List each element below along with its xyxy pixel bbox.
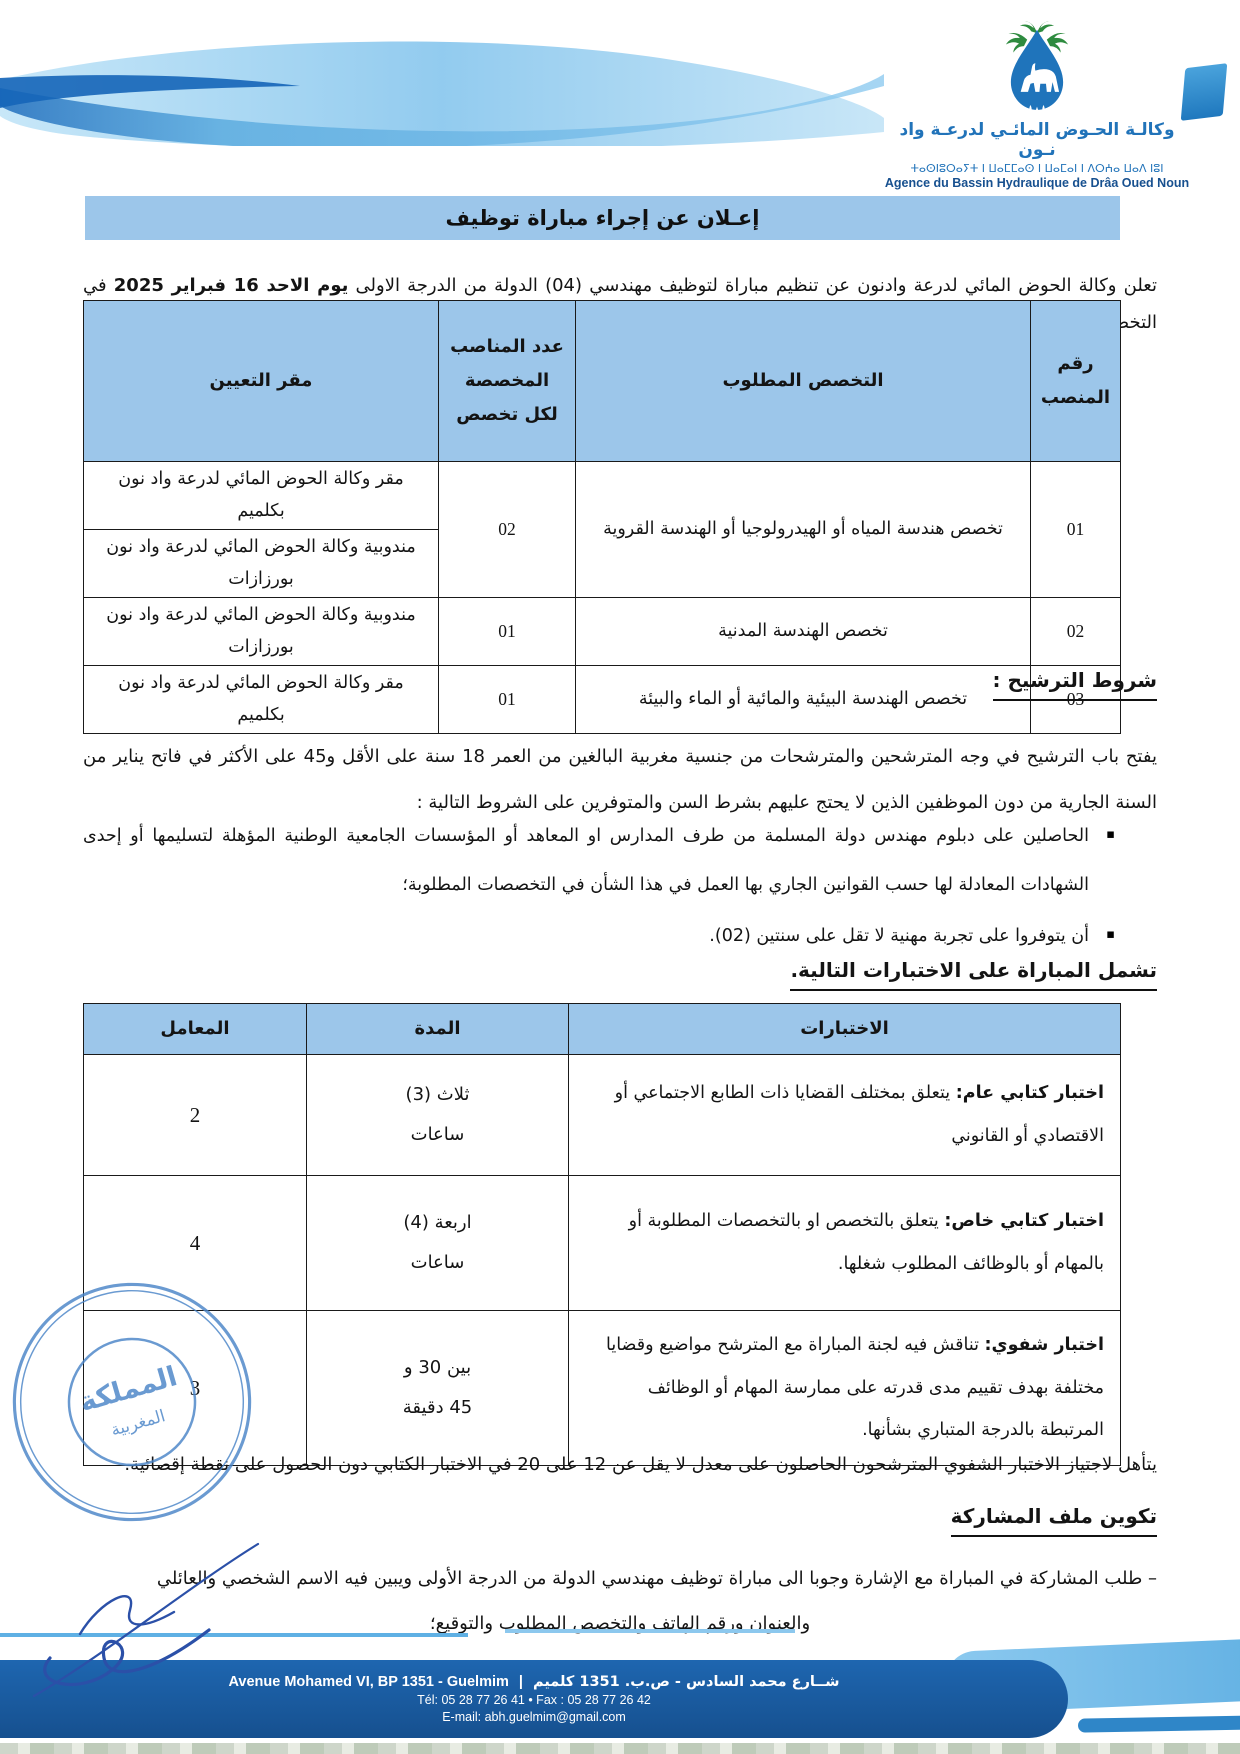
footer-thin-line-mid (505, 1629, 795, 1633)
col-header-specialty: التخصص المطلوب (576, 301, 1031, 462)
table-row-position-01a: 01 تخصص هندسة المياه أو الهيدرولوجيا أو … (84, 462, 1121, 530)
footer-address-line: Avenue Mohamed VI, BP 1351 - Guelmim | ش… (228, 1674, 839, 1690)
cell-count: 02 (439, 462, 576, 598)
col-header-position-number: رقم المنصب (1031, 301, 1121, 462)
condition-bullet-2: ▪ أن يتوفروا على تجربة مهنية لا تقل على … (83, 912, 1123, 961)
square-bullet-icon: ▪ (1106, 928, 1115, 941)
intro-date-bold: يوم الاحد 16 فبراير 2025 (114, 275, 349, 296)
cell-duration: ثلاث (3) ساعات (307, 1055, 569, 1176)
exams-table-header-row: الاختبارات المدة المعامل (84, 1004, 1121, 1055)
cell-test-description: اختبار كتابي خاص: يتعلق بالتخصص او بالتخ… (569, 1176, 1121, 1311)
footer-tel-fax: Tél: 05 28 77 26 41 • Fax : 05 28 77 26 … (417, 1693, 651, 1707)
conditions-section-heading: شروط الترشيح : (83, 668, 1157, 701)
condition-bullet-1: ▪ الحاصلين على دبلوم مهندس دولة المسلمة … (83, 812, 1123, 910)
cell-position-number: 02 (1031, 598, 1121, 666)
cell-coefficient: 2 (84, 1055, 307, 1176)
handwritten-signature (20, 1538, 270, 1708)
footer-address-french: Avenue Mohamed VI, BP 1351 - Guelmim (228, 1674, 508, 1690)
cell-count: 01 (439, 598, 576, 666)
org-name-french: Agence du Bassin Hydraulique de Drâa Oue… (882, 176, 1192, 190)
cell-location: مندوبية وكالة الحوض المائي لدرعة واد نون… (84, 598, 439, 666)
cell-specialty: تخصص الهندسة المدنية (576, 598, 1031, 666)
agency-logo-block: وكالـة الحـوض المائـي لدرعـة واد نـون ⵜⴰ… (882, 20, 1192, 190)
table-row-position-02: 02 تخصص الهندسة المدنية 01 مندوبية وكالة… (84, 598, 1121, 666)
square-bullet-icon: ▪ (1106, 828, 1115, 841)
cell-position-number: 01 (1031, 462, 1121, 598)
announcement-title-banner: إعـلان عن إجراء مباراة توظيف (85, 196, 1120, 240)
cell-specialty: تخصص هندسة المياه أو الهيدرولوجيا أو اله… (576, 462, 1031, 598)
header-wave-decoration (0, 28, 884, 146)
cell-duration: اربعة (4) ساعات (307, 1176, 569, 1311)
document-page: وكالـة الحـوض المائـي لدرعـة واد نـون ⵜⴰ… (0, 0, 1240, 1754)
col-header-coefficient: المعامل (84, 1004, 307, 1055)
qualification-note: يتأهل لاجتياز الاختبار الشفوي المترشحون … (83, 1442, 1157, 1487)
bottom-scan-edge-strip (0, 1743, 1240, 1754)
footer-separator: | (519, 1674, 523, 1690)
footer-swoosh-bar (1078, 1713, 1240, 1732)
col-header-duration: المدة (307, 1004, 569, 1055)
exams-section-heading: تشمل المباراة على الاختبارات التالية. (83, 958, 1157, 991)
org-name-arabic: وكالـة الحـوض المائـي لدرعـة واد نـون (882, 120, 1192, 160)
footer-email: E-mail: abh.guelmim@gmail.com (442, 1710, 626, 1724)
cell-location-b: مندوبية وكالة الحوض المائي لدرعة واد نون… (84, 530, 439, 598)
col-header-location: مقر التعيين (84, 301, 439, 462)
intro-text-start: تعلن وكالة الحوض المائي لدرعة وادنون عن … (348, 275, 1157, 296)
cell-test-description: اختبار كتابي عام: يتعلق بمختلف القضايا ذ… (569, 1055, 1121, 1176)
footer-address-arabic: شــارع محمد السادس - ص.ب. 1351 كلميم (533, 1674, 840, 1690)
positions-table-header-row: رقم المنصب التخصص المطلوب عدد المناصب ال… (84, 301, 1121, 462)
col-header-count: عدد المناصب المخصصة لكل تخصص (439, 301, 576, 462)
col-header-tests: الاختبارات (569, 1004, 1121, 1055)
file-section-heading: تكوين ملف المشاركة (83, 1504, 1157, 1537)
cell-location-a: مقر وكالة الحوض المائي لدرعة واد نون بكل… (84, 462, 439, 530)
exam-row-general-written: اختبار كتابي عام: يتعلق بمختلف القضايا ذ… (84, 1055, 1121, 1176)
exam-row-special-written: اختبار كتابي خاص: يتعلق بالتخصص او بالتخ… (84, 1176, 1121, 1311)
org-name-tifinagh: ⵜⴰⵙⵏⵓⵔⴰⵢⵜ ⵏ ⵡⴰⵎⵎⴰⵙ ⵏ ⵡⴰⵎⴰⵏ ⵏ ⴷⵔⵄⴰ ⵡⴰⴷ ⵏⵓ… (882, 162, 1192, 175)
exams-table: الاختبارات المدة المعامل اختبار كتابي عا… (83, 1003, 1121, 1466)
cell-coefficient: 4 (84, 1176, 307, 1311)
camel-waterdrop-palms-logo-icon (995, 20, 1079, 118)
